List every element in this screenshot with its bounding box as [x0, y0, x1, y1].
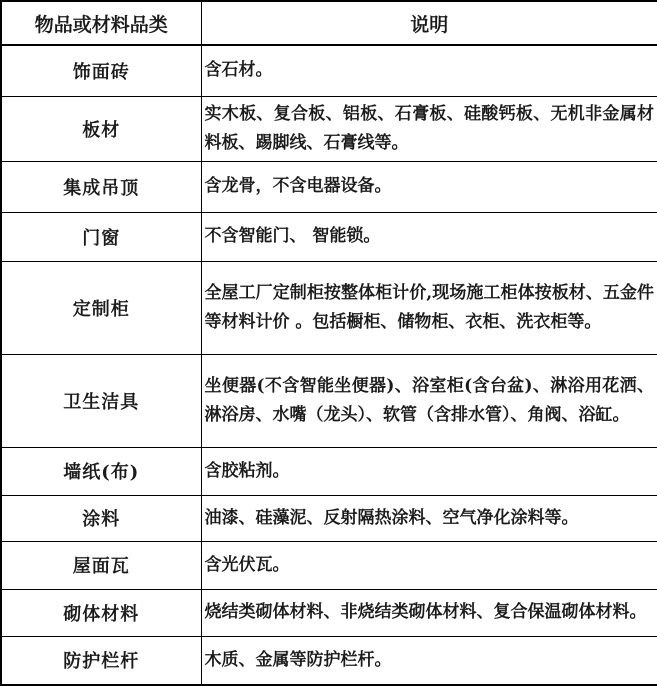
description-column-header: 说明 — [201, 1, 657, 45]
table-row: 防护栏杆木质、金属等防护栏杆。 — [1, 636, 657, 685]
category-cell: 板材 — [1, 96, 201, 161]
category-cell: 卫生洁具 — [1, 354, 201, 447]
description-cell: 木质、金属等防护栏杆。 — [201, 636, 657, 685]
table-row: 卫生洁具坐便器(不含智能坐便器)、浴室柜(含台盆)、淋浴用花洒、淋浴房、水嘴（龙… — [1, 354, 657, 447]
description-cell: 含龙骨，不含电器设备。 — [201, 161, 657, 212]
table-row: 屋面瓦含光伏瓦。 — [1, 541, 657, 589]
description-cell: 坐便器(不含智能坐便器)、浴室柜(含台盆)、淋浴用花洒、淋浴房、水嘴（龙头）、软… — [201, 354, 657, 447]
description-cell: 不含智能门、 智能锁。 — [201, 212, 657, 261]
table-row: 墙纸(布)含胶粘剂。 — [1, 447, 657, 495]
description-cell: 含石材。 — [201, 45, 657, 96]
description-cell: 含光伏瓦。 — [201, 541, 657, 589]
description-cell: 全屋工厂定制柜按整体柜计价,现场施工柜体按板材、五金件等材料计价 。包括橱柜、储… — [201, 261, 657, 354]
category-cell: 集成吊顶 — [1, 161, 201, 212]
table-row: 门窗不含智能门、 智能锁。 — [1, 212, 657, 261]
header-row: 物品或材料品类 说明 — [1, 1, 657, 45]
category-cell: 饰面砖 — [1, 45, 201, 96]
table-row: 板材实木板、复合板、铝板、石膏板、硅酸钙板、无机非金属材料板、踢脚线、石膏线等。 — [1, 96, 657, 161]
category-cell: 防护栏杆 — [1, 636, 201, 685]
materials-table: 物品或材料品类 说明 饰面砖含石材。板材实木板、复合板、铝板、石膏板、硅酸钙板、… — [0, 0, 657, 686]
table-row: 饰面砖含石材。 — [1, 45, 657, 96]
table-body: 饰面砖含石材。板材实木板、复合板、铝板、石膏板、硅酸钙板、无机非金属材料板、踢脚… — [1, 45, 657, 685]
table-row: 砌体材料烧结类砌体材料、非烧结类砌体材料、复合保温砌体材料。 — [1, 589, 657, 636]
category-cell: 墙纸(布) — [1, 447, 201, 495]
category-cell: 屋面瓦 — [1, 541, 201, 589]
description-cell: 油漆、硅藻泥、反射隔热涂料、空气净化涂料等。 — [201, 495, 657, 541]
table-row: 涂料油漆、硅藻泥、反射隔热涂料、空气净化涂料等。 — [1, 495, 657, 541]
category-cell: 定制柜 — [1, 261, 201, 354]
category-cell: 门窗 — [1, 212, 201, 261]
description-cell: 含胶粘剂。 — [201, 447, 657, 495]
description-cell: 实木板、复合板、铝板、石膏板、硅酸钙板、无机非金属材料板、踢脚线、石膏线等。 — [201, 96, 657, 161]
category-column-header: 物品或材料品类 — [1, 1, 201, 45]
description-cell: 烧结类砌体材料、非烧结类砌体材料、复合保温砌体材料。 — [201, 589, 657, 636]
category-cell: 涂料 — [1, 495, 201, 541]
table-row: 定制柜全屋工厂定制柜按整体柜计价,现场施工柜体按板材、五金件等材料计价 。包括橱… — [1, 261, 657, 354]
table-row: 集成吊顶含龙骨，不含电器设备。 — [1, 161, 657, 212]
category-cell: 砌体材料 — [1, 589, 201, 636]
